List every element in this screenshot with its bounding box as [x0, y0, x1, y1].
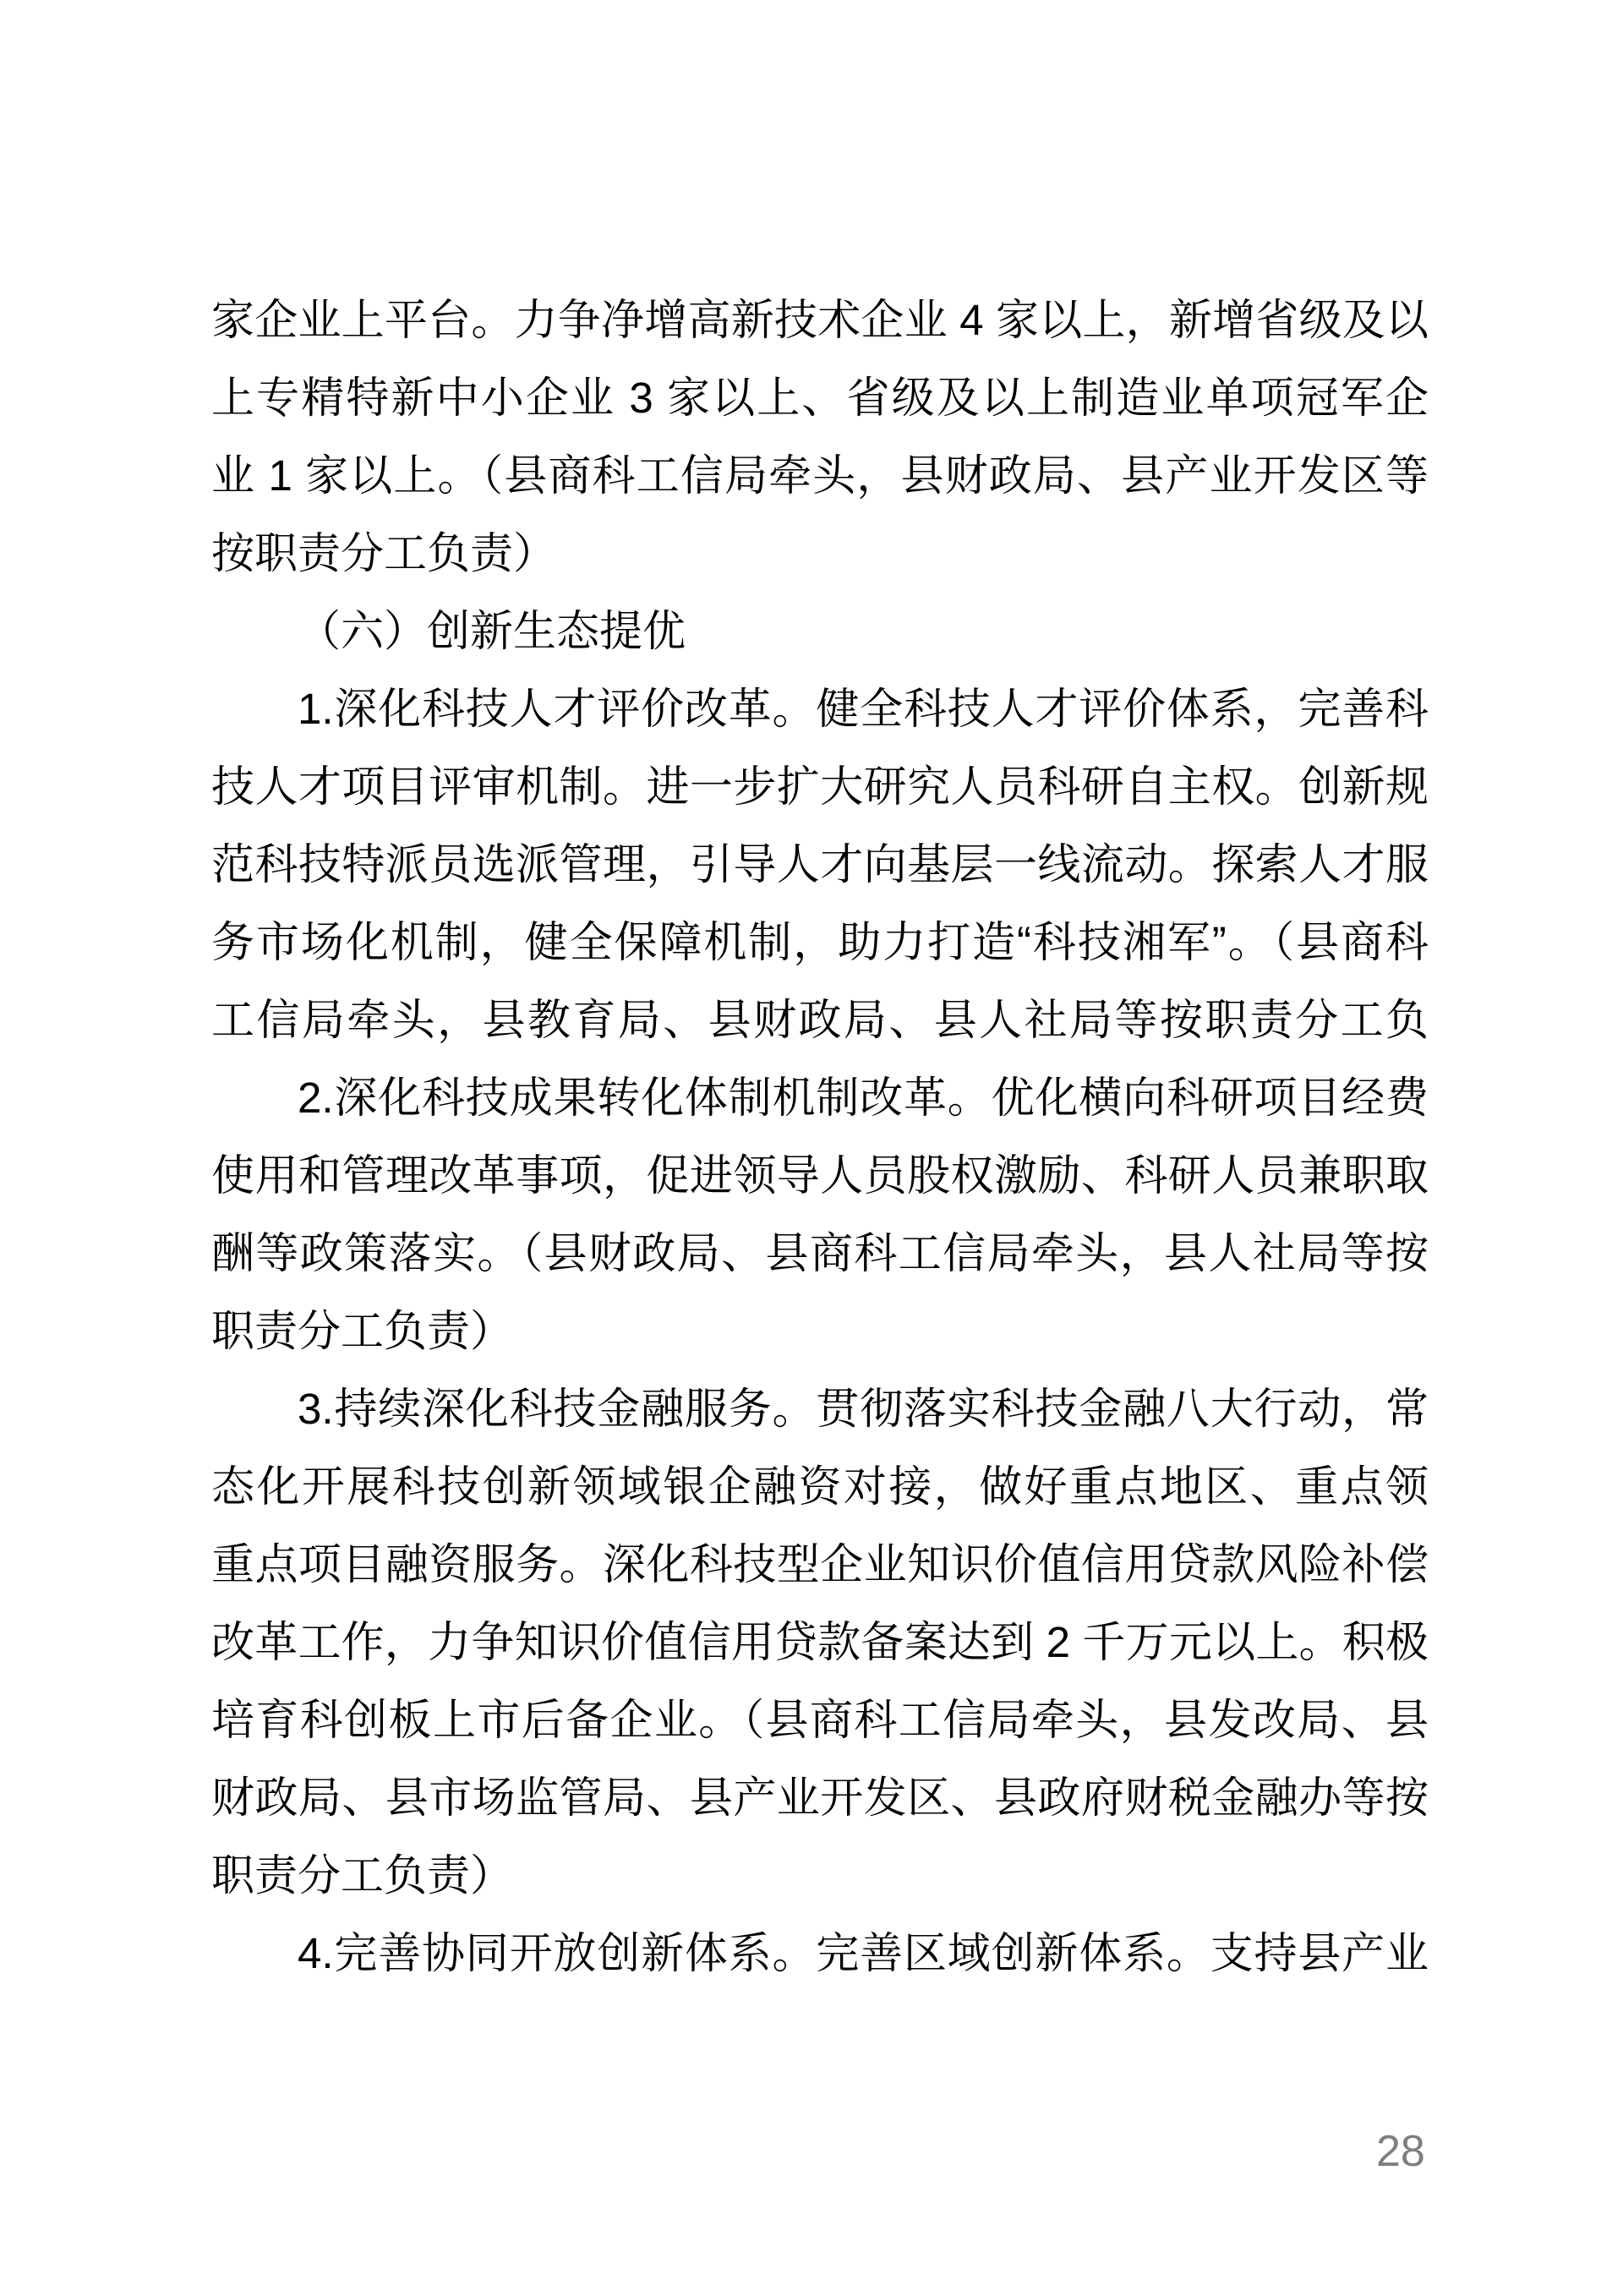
text-line: 2.深化科技成果转化体制机制改革。优化横向科研项目经费 — [211, 1059, 1429, 1137]
text-line: 技人才项目评审机制。进一步扩大研究人员科研自主权。创新规 — [211, 748, 1429, 826]
text-line: 业 1 家以上。（县商科工信局牵头，县财政局、县产业开发区等 — [211, 437, 1429, 515]
text-line: 使用和管理改革事项，促进领导人员股权激励、科研人员兼职取 — [211, 1137, 1429, 1215]
text-line: 1.深化科技人才评价改革。健全科技人才评价体系，完善科 — [211, 670, 1429, 748]
text-line: 职责分工负责） — [211, 1837, 1429, 1915]
text-line: 酬等政策落实。（县财政局、县商科工信局牵头，县人社局等按 — [211, 1215, 1429, 1293]
text-line: 范科技特派员选派管理，引导人才向基层一线流动。探索人才服 — [211, 826, 1429, 904]
text-line: 按职责分工负责） — [211, 515, 1429, 593]
text-line: 3.持续深化科技金融服务。贯彻落实科技金融八大行动，常 — [211, 1370, 1429, 1448]
text-line: 务市场化机制，健全保障机制，助力打造“科技湘军”。（县商科 — [211, 904, 1429, 981]
text-content: 家企业上平台。力争净增高新技术企业 4 家以上，新增省级及以 上专精特新中小企业… — [211, 282, 1429, 1993]
document-page: 家企业上平台。力争净增高新技术企业 4 家以上，新增省级及以 上专精特新中小企业… — [0, 0, 1623, 2296]
section-heading: （六）创新生态提优 — [211, 593, 1429, 670]
text-line: 态化开展科技创新领域银企融资对接，做好重点地区、重点领域、 — [211, 1448, 1429, 1526]
text-line: 家企业上平台。力争净增高新技术企业 4 家以上，新增省级及以 — [211, 282, 1429, 359]
text-line: 重点项目融资服务。深化科技型企业知识价值信用贷款风险补偿 — [211, 1526, 1429, 1604]
page-number: 28 — [1376, 2128, 1425, 2176]
text-line: 改革工作，力争知识价值信用贷款备案达到 2 千万元以上。积极 — [211, 1604, 1429, 1681]
text-line: 4.完善协同开放创新体系。完善区域创新体系。支持县产业 — [211, 1915, 1429, 1993]
text-line: 职责分工负责） — [211, 1293, 1429, 1370]
text-line: 上专精特新中小企业 3 家以上、省级及以上制造业单项冠军企 — [211, 359, 1429, 437]
text-line: 工信局牵头，县教育局、县财政局、县人社局等按职责分工负责） — [211, 981, 1429, 1059]
text-line: 培育科创板上市后备企业。（县商科工信局牵头，县发改局、县 — [211, 1681, 1429, 1759]
text-line: 财政局、县市场监管局、县产业开发区、县政府财税金融办等按 — [211, 1759, 1429, 1837]
